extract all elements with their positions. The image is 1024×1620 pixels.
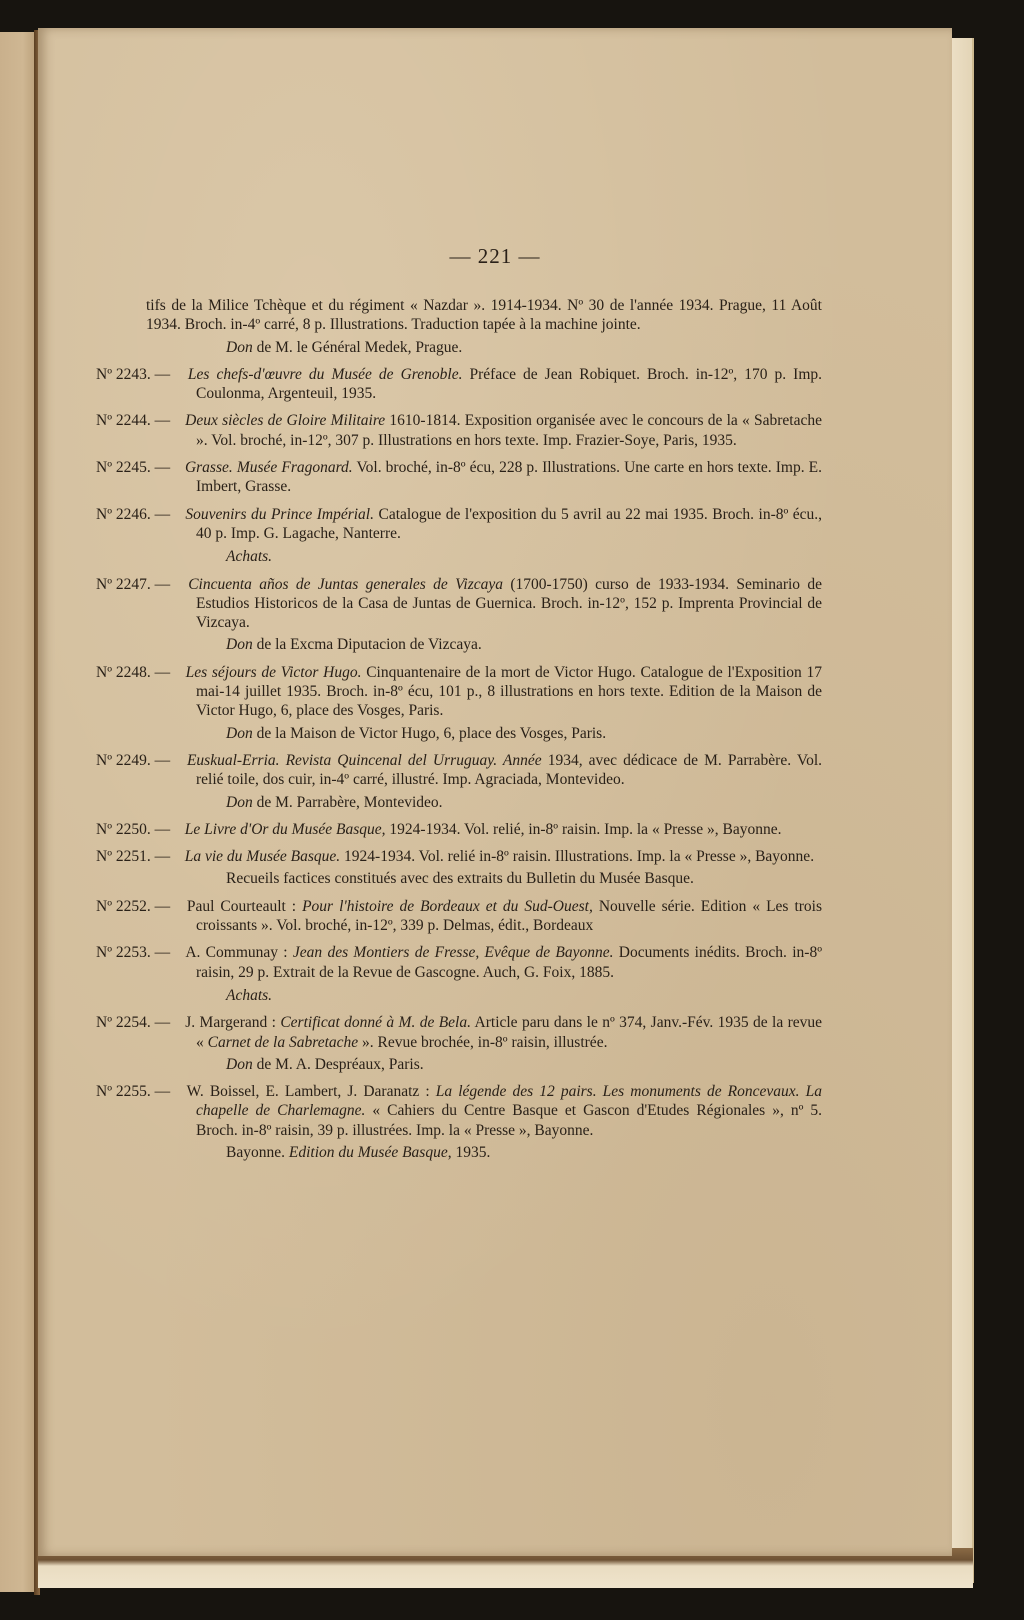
catalog-entry-2252: Nº 2252. — Paul Courteault : Pour l'hist…: [146, 897, 822, 936]
entry-title: Jean des Montiers de Fresse, Evêque de B…: [293, 944, 614, 961]
entry-title: Certificat donné à M. de Bela.: [280, 1014, 471, 1031]
entry-title: Les chefs-d'œuvre du Musée de Grenoble.: [188, 366, 463, 383]
entry-author: A. Communay :: [181, 944, 293, 961]
catalog-entry-2245: Nº 2245. — Grasse. Musée Fragonard. Vol.…: [146, 458, 822, 497]
entry-title: Le Livre d'Or du Musée Basque,: [185, 821, 386, 838]
entry-title: La vie du Musée Basque.: [185, 848, 340, 865]
entry-author: J. Margerand :: [181, 1014, 280, 1031]
catalog-entry-2249: Nº 2249. — Euskual-Erria. Revista Quince…: [146, 751, 822, 790]
entry-author: W. Boissel, E. Lambert, J. Daranatz :: [181, 1083, 436, 1100]
entry-title: Cincuenta años de Juntas generales de Vi…: [188, 576, 503, 593]
catalog-entry-2247: Nº 2247. — Cincuenta años de Juntas gene…: [146, 575, 822, 633]
entry-title: Souvenirs du Prince Impérial.: [185, 506, 374, 523]
catalog-entry-2254: Nº 2254. — J. Margerand : Certificat don…: [146, 1013, 822, 1052]
left-page-edge: [0, 32, 38, 1592]
entry-title: Euskual-Erria. Revista Quincenal del Urr…: [187, 752, 542, 769]
continuation-paragraph: tifs de la Milice Tchèque et du régiment…: [146, 296, 822, 335]
donor-line: Don de la Maison de Victor Hugo, 6, plac…: [146, 724, 822, 743]
catalog-entry-2246: Nº 2246. — Souvenirs du Prince Impérial.…: [146, 505, 822, 544]
entry-title: Les séjours de Victor Hugo.: [186, 664, 362, 681]
catalog-entry-2251: Nº 2251. — La vie du Musée Basque. 1924-…: [146, 847, 822, 866]
book-page: — 221 — tifs de la Milice Tchèque et du …: [38, 28, 952, 1556]
catalog-entry-2248: Nº 2248. — Les séjours de Victor Hugo. C…: [146, 663, 822, 721]
catalog-entry-2250: Nº 2250. — Le Livre d'Or du Musée Basque…: [146, 820, 822, 839]
acquisition-note: Achats.: [146, 986, 822, 1005]
catalog-entry-2244: Nº 2244. — Deux siècles de Gloire Milita…: [146, 411, 822, 450]
entry-title: Pour l'histoire de Bordeaux et du Sud-Ou…: [302, 898, 593, 915]
donor-line: Don de M. Parrabère, Montevideo.: [146, 793, 822, 812]
page-number: — 221 —: [38, 244, 952, 269]
donor-line: Don de la Excma Diputacion de Vizcaya.: [146, 635, 822, 654]
entry-title: Grasse. Musée Fragonard.: [185, 459, 353, 476]
collection-note: Recueils factices constitués avec des ex…: [146, 869, 822, 888]
entry-author: Paul Courteault :: [181, 898, 302, 915]
publisher-line: Bayonne. Edition du Musée Basque, 1935.: [146, 1143, 822, 1162]
donor-line: Don de M. A. Despréaux, Paris.: [146, 1055, 822, 1074]
catalog-entry-2255: Nº 2255. — W. Boissel, E. Lambert, J. Da…: [146, 1082, 822, 1140]
donor-line: Don de M. le Général Medek, Prague.: [146, 338, 822, 357]
acquisition-note: Achats.: [146, 547, 822, 566]
entry-title: Deux siècles de Gloire Militaire: [185, 412, 385, 429]
catalog-entry-2243: Nº 2243. — Les chefs-d'œuvre du Musée de…: [146, 365, 822, 404]
catalog-entry-2253: Nº 2253. — A. Communay : Jean des Montie…: [146, 943, 822, 982]
journal-title: Carnet de la Sabretache: [208, 1034, 359, 1051]
catalog-text: tifs de la Milice Tchèque et du régiment…: [146, 296, 822, 1162]
